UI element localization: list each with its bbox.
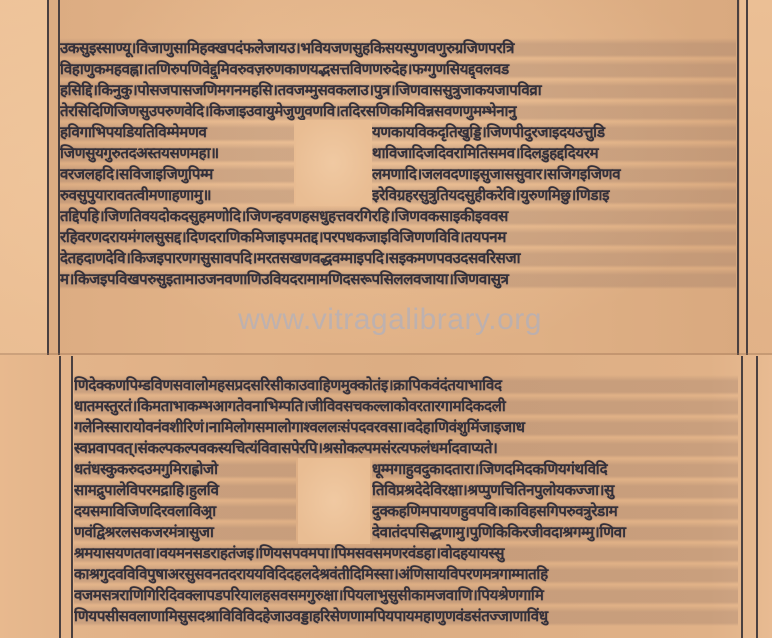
- text-line: गलेनिस्सारायोवनंवशीरिणं।नामिलोगसमालोगाश्…: [74, 417, 738, 437]
- text-line: हसिद्दि।किनुकु।पोसजपासजणिमगनमहसि।तवजम्मु…: [60, 80, 736, 100]
- text-line: सामद्रुपालेविपरमद्राहि।हुलवि: [74, 480, 296, 500]
- text-line: लमणादि।जलवदणाइसुजाससुवार।सजिगइजिणव: [372, 164, 736, 184]
- lower-right-border-inner: [741, 356, 743, 638]
- text-line: णिदेक्कणपिम्डविणसवालोमहसप्रदसरिसीकाउवाहि…: [74, 375, 738, 395]
- upper-right-border-outer: [746, 0, 748, 355]
- text-line: धातमस्तुरतं।किमताभाकम्भआगतेवनाभिम्पति।जी…: [74, 396, 738, 416]
- text-line: तेरसिदिणिजिणसुउपरुणवेदि।किजाइउवायुमेजुणु…: [60, 101, 736, 121]
- lower-binding-space: [298, 458, 370, 544]
- text-line: थाविजादिजदिवरामितिसमव।दिलडुहद्ददियरम: [372, 143, 736, 163]
- text-line: यणकायविकदृतिखुड्डि।जिणपीदुरजाइदयउत्तुडि: [372, 122, 736, 142]
- text-line: इरेविग्रहरसुत्रुतियदसुहीकरेवि।युरुणमिछु।…: [372, 185, 736, 205]
- text-line: देतहदाणदेवि।किजइपारणगसुसावपदि।मरतसखणवद्ध…: [60, 248, 736, 268]
- text-line: विहाणुकमहवह्ना।तणिरुपणिवेद्दुमिवरुवज़रुण…: [60, 59, 736, 79]
- text-line: दयसमाविजिणदिरवलाविअ्रा: [74, 501, 296, 521]
- text-line: दुक्कहणिमपायणहुवपवि।काविहसगिपरुवत्रुरेडा…: [372, 501, 738, 521]
- lower-right-border-outer: [756, 356, 758, 638]
- lower-left-border-outer: [59, 356, 61, 638]
- upper-binding-space: [296, 120, 370, 206]
- text-line: म।किजइपविखपरुसुइतामाउजनवणाणिउवियदरामामणि…: [60, 269, 736, 289]
- text-line: रुवसुपुयारावतत्वीमणाहणामु॥: [60, 185, 294, 205]
- text-line: हविगाभिपयडियतिविम्मेमणव: [60, 122, 294, 142]
- text-line: काश्रगुदवविविपुषाअरसुसवनतदराययविदिदहलदेश…: [74, 564, 738, 584]
- watermark-text: www.vitragalibrary.org: [200, 303, 580, 337]
- text-line: वरजलहदि।सविजाइजिणुपिम्म: [60, 164, 294, 184]
- upper-right-border-inner: [737, 0, 739, 355]
- text-line: देवातंदपसिद्धणामु।पुणिकिकिरजीवदाश्रगम्मु…: [372, 522, 738, 542]
- text-line: तिविप्रश्रदेदेविरक्षा।श्रप्पुणचितिनपुलोय…: [372, 480, 738, 500]
- text-line: रहिवरणदरायमंगलसुसद्द।दिणदराणिकमिजाइपमतद्…: [60, 227, 736, 247]
- text-line: श्रमयासयणतवा।वयमनसडराहतंजइ।णियसपवमपा।पिम…: [74, 543, 738, 563]
- text-line: धूम्मगाहुवदुकादतारा।जिणदमिदकणियगंथविदि: [372, 459, 738, 479]
- text-line: वजमसत्रराणिगिरिदिवक्लापडपरियालहसवसमगुरुक…: [74, 585, 738, 605]
- text-line: धतंधस्कुकरुदउमगुमिराह्रोजो: [74, 459, 296, 479]
- lower-left-border-inner: [71, 356, 73, 638]
- text-line: णवंद्विश्ररलसकजरमंत्रासुजा: [74, 522, 296, 542]
- text-line: जिणसुयगुरुतदअस्तयसणमहा॥: [60, 143, 294, 163]
- text-line: उकसुइस्साण्यू।विजाणुसामिहक्खपदंफलेजायउ।भ…: [60, 38, 736, 58]
- text-line: णियपसीसवलाणामिसुसदश्राविविविदहेजाउवड्डाह…: [74, 606, 738, 626]
- text-line: तद्दिपहि।जिणतिवयदोकदसुहमणोदि।जिणन्हवणहसध…: [60, 206, 736, 226]
- upper-left-border-outer: [47, 0, 49, 355]
- text-line: स्वप्नवापवत्।संकल्पकल्पवकस्यचित्यंविवासप…: [74, 438, 738, 458]
